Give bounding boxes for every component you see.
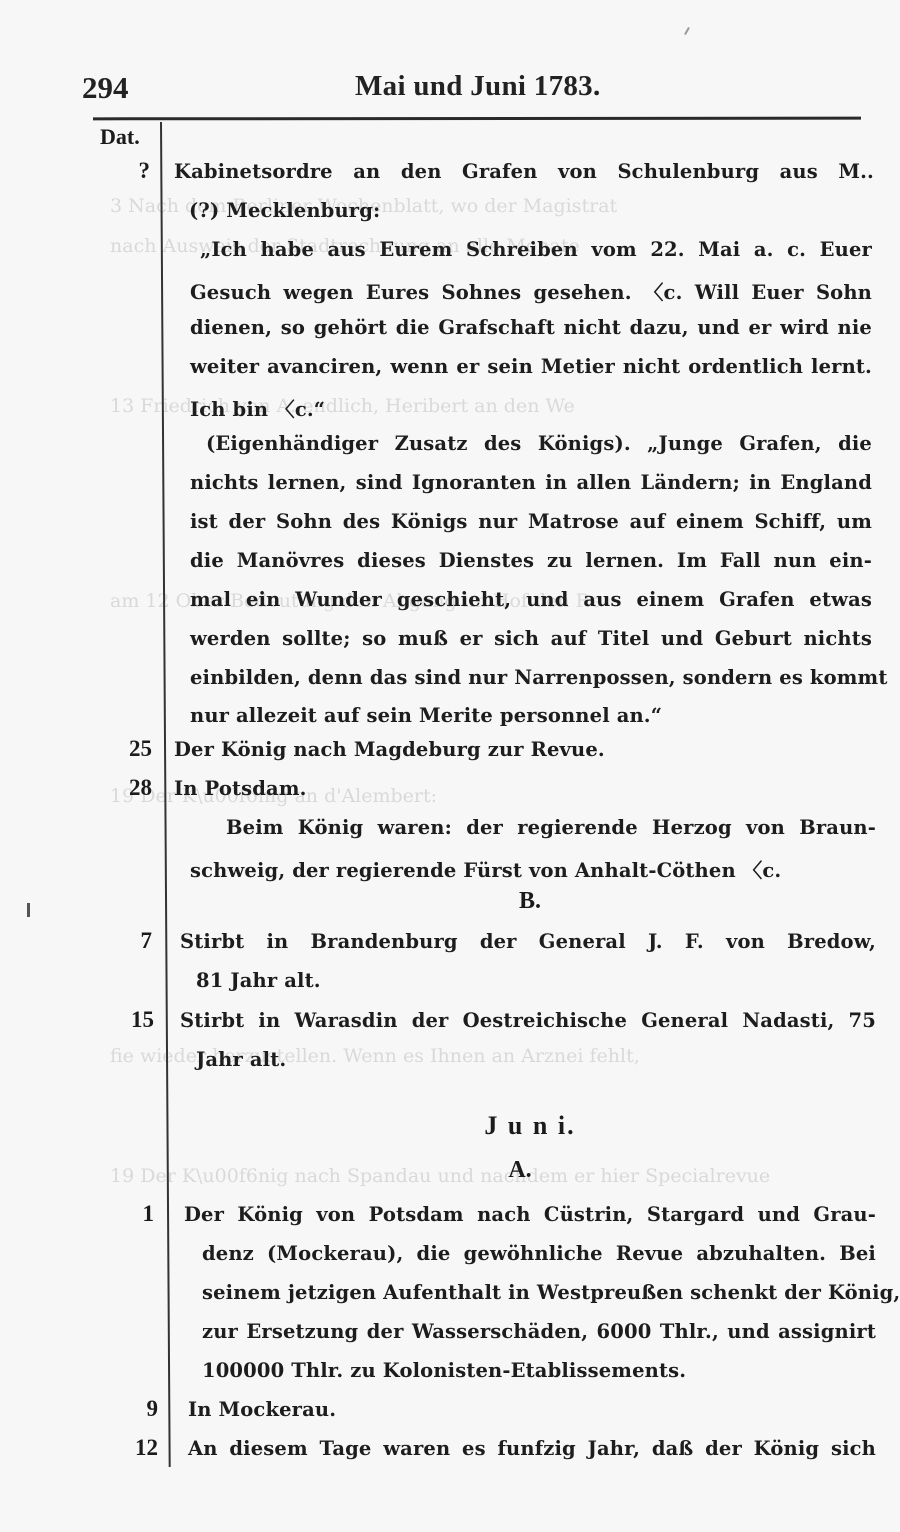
text-line: einbilden, denn das sind nur Narrenposse… — [190, 666, 872, 689]
text-line: Gesuch wegen Eures Sohnes gesehen. 〈c. W… — [190, 277, 872, 305]
bleed-through-text: 19 Der K\u00f6nig nach Spandau und nachd… — [110, 1165, 770, 1187]
text-line: An diesem Tage waren es funfzig Jahr, da… — [188, 1437, 876, 1460]
text-line: dienen, so gehört die Grafschaft nicht d… — [190, 316, 872, 339]
month-heading-juni: J u n i. — [440, 1111, 620, 1141]
date-column-rule — [160, 122, 171, 1467]
text-line: nur allezeit auf sein Merite personnel a… — [190, 704, 662, 727]
book-page: 3 Nach dem Berliner Wochenblatt, wo der … — [0, 0, 900, 1532]
entry-date: ? — [94, 158, 150, 184]
text-line: Beim König waren: der regierende Herzog … — [226, 816, 876, 839]
text-line: Stirbt in Warasdin der Oestreichische Ge… — [180, 1009, 876, 1032]
text-line: seinem jetzigen Aufenthalt in Westpreuße… — [202, 1281, 876, 1304]
bleed-through-text: 13 Friedrich von A. endlich, Heribert an… — [110, 395, 575, 417]
scan-speck — [684, 27, 690, 35]
text-line: „Ich habe aus Eurem Schreiben vom 22. Ma… — [200, 238, 872, 261]
text-line: Der König von Potsdam nach Cüstrin, Star… — [184, 1203, 876, 1226]
scan-speck — [27, 903, 30, 917]
header-rule — [93, 117, 861, 121]
entry-date: 15 — [98, 1007, 154, 1033]
date-column-header: Dat. — [100, 124, 140, 150]
text-line: ist der Sohn des Königs nur Matrose auf … — [190, 510, 872, 533]
section-heading-a: A. — [490, 1157, 550, 1184]
text-line: (?) Mecklenburg: — [189, 199, 380, 222]
bleed-through-text: fie wieder herzustellen. Wenn es Ihnen a… — [110, 1045, 640, 1067]
text-line: 81 Jahr alt. — [196, 969, 321, 992]
text-line: die Manövres dieses Dienstes zu lernen. … — [190, 549, 872, 572]
text-line: weiter avanciren, wenn er sein Metier ni… — [190, 355, 872, 378]
running-title: Mai und Juni 1783. — [355, 70, 601, 103]
text-line: Kabinetsordre an den Grafen von Schulenb… — [174, 160, 874, 183]
text-line: 100000 Thlr. zu Kolonisten-Etablissement… — [202, 1359, 686, 1382]
text-line: (Eigenhändiger Zusatz des Königs). „Jung… — [206, 432, 872, 455]
text-line: Stirbt in Brandenburg der General J. F. … — [180, 930, 876, 953]
entry-date: 9 — [102, 1396, 158, 1422]
text-line: In Mockerau. — [188, 1398, 336, 1421]
text-line: werden sollte; so muß er sich auf Titel … — [190, 627, 872, 650]
text-line: denz (Mockerau), die gewöhnliche Revue a… — [202, 1242, 876, 1265]
text-line: Jahr alt. — [196, 1048, 286, 1071]
entry-date: 12 — [102, 1435, 158, 1461]
text-line: In Potsdam. — [174, 777, 307, 800]
entry-date: 1 — [98, 1201, 154, 1227]
text-line: zur Ersetzung der Wasserschäden, 6000 Th… — [202, 1320, 876, 1343]
text-line: nichts lernen, sind Ignoranten in allen … — [190, 471, 872, 494]
text-line: Der König nach Magdeburg zur Revue. — [174, 738, 605, 761]
text-line: Ich bin 〈c.“ — [190, 394, 325, 422]
text-line: schweig, der regierende Fürst von Anhalt… — [190, 855, 781, 883]
text-line: mal ein Wunder geschieht, und aus einem … — [190, 588, 872, 611]
entry-date: 25 — [96, 736, 152, 762]
entry-date: 28 — [96, 775, 152, 801]
page-number: 294 — [82, 70, 129, 106]
entry-date: 7 — [96, 928, 152, 954]
section-heading-b: B. — [500, 888, 560, 915]
